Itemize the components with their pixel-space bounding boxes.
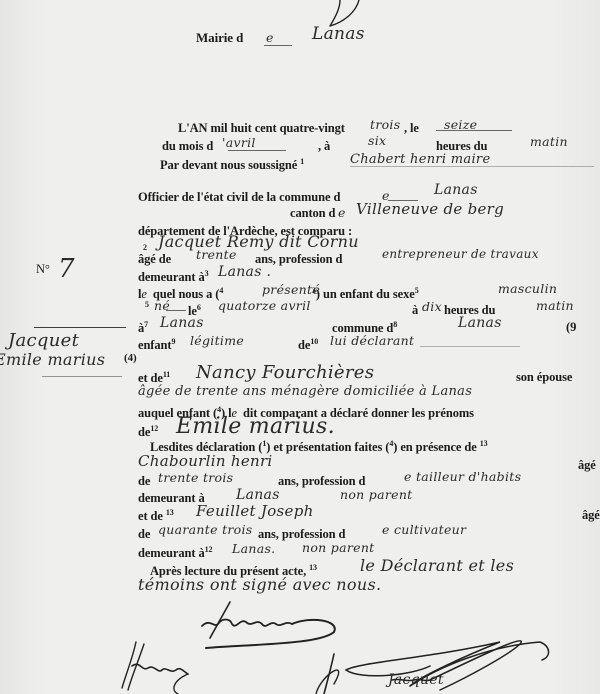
period-value: matin <box>530 134 568 149</box>
fill-line <box>436 130 512 131</box>
birth-period-value: matin <box>536 298 574 313</box>
sexe-printed: 3) un enfant du sexe5 <box>312 286 419 302</box>
fill-line <box>264 45 292 46</box>
mairie-suffix: e <box>266 30 274 45</box>
witness2-residence-printed: demeurant à12 <box>138 545 212 561</box>
witness2-residence: Lanas. <box>232 541 275 556</box>
line-year-printed: L'AN mil huit cent quatre-vingt <box>178 121 345 136</box>
margin-given-names: Emile marius <box>0 350 105 369</box>
fill-line <box>166 310 186 311</box>
witness1-profession: e tailleur d'habits <box>404 469 521 484</box>
declarant-profession: entrepreneur de travaux <box>382 247 539 261</box>
act-number-value: 7 <box>58 254 75 284</box>
witness2-profession: e cultivateur <box>382 522 466 537</box>
civil-record-page: Mairie d e Lanas L'AN mil huit cent quat… <box>0 0 600 694</box>
witness1-name: Chabourlin henri <box>138 452 273 470</box>
margin-note-mark: (4) <box>124 352 137 364</box>
paren-printed: (9 <box>566 320 576 335</box>
line-year-printed2: , le <box>404 121 419 136</box>
hour-value: six <box>368 133 386 148</box>
legitimacy-value: légitime <box>190 333 244 348</box>
witness2-age-printed: âgé <box>582 508 600 523</box>
margin-dash <box>42 376 122 377</box>
canton-suffix: e <box>338 205 346 220</box>
birth-place-value: Lanas <box>160 315 204 331</box>
prenoms-printed: de12 <box>138 424 158 440</box>
declarant-age: trente <box>196 247 237 262</box>
officier-printed: Officier de l'état civil de la commune d <box>138 190 340 205</box>
fill-line <box>228 150 286 151</box>
a-printed: à <box>412 303 418 318</box>
de-printed: de10 <box>298 337 318 353</box>
act-number-label: N° <box>36 262 50 277</box>
fill-line <box>350 166 594 167</box>
birth-place-printed: à7 <box>138 320 148 336</box>
signature-feuillet <box>118 640 208 694</box>
year-value: trois <box>370 117 400 132</box>
signature-jacquet-text: Jacquet <box>388 672 444 688</box>
commune-value: Lanas <box>434 182 478 198</box>
month-value: 'avril <box>222 135 256 150</box>
canton-value: Villeneuve de berg <box>356 200 504 218</box>
witness2-name: Feuillet Joseph <box>196 502 314 520</box>
age-printed: âgé de <box>138 252 171 267</box>
witness1-age-printed: âgé <box>578 458 596 473</box>
margin-rule <box>34 327 126 328</box>
mother-details: âgée de trente ans ménagère domiciliée à… <box>138 384 472 399</box>
month-printed: du mois d <box>162 139 213 154</box>
witness2-relation: non parent <box>302 540 375 555</box>
hour-printed: , à <box>318 139 330 154</box>
witness1-residence-printed: demeurant à <box>138 491 205 506</box>
officer-value: Chabert henri maire <box>350 152 490 167</box>
ne-sup: 5 <box>145 300 149 309</box>
soussigne-printed: Par devant nous soussigné 1 <box>160 157 304 173</box>
epouse-printed: son épouse <box>516 370 572 385</box>
witness2-age: quarante trois <box>158 522 253 537</box>
father-value: lui déclarant <box>330 333 414 348</box>
canton-printed: canton d <box>290 206 335 221</box>
mairie-commune: Lanas <box>312 24 365 44</box>
witness1-relation: non parent <box>340 487 413 502</box>
mother-name: Nancy Fourchières <box>196 362 374 383</box>
witness2-de-printed: de <box>138 527 150 542</box>
declarant-sup: 2 <box>143 243 147 252</box>
fill-line <box>420 346 520 347</box>
birth-commune-value: Lanas <box>458 315 502 331</box>
signature-jacquet <box>290 636 600 694</box>
birth-date-value: quatorze avril <box>218 298 311 313</box>
witness1-residence: Lanas <box>236 487 280 503</box>
declarant-value: Jacquet Remy dit Cornu <box>158 232 359 251</box>
closing-text: le Déclarant et les <box>360 556 514 575</box>
closing-text-2: témoins ont signé avec nous. <box>138 575 381 594</box>
sex-value: masculin <box>498 281 557 296</box>
declarant-residence: Lanas . <box>218 264 271 280</box>
witness1-age: trente trois <box>158 470 233 485</box>
child-names: Emile marius. <box>176 414 335 439</box>
margin-surname: Jacquet <box>8 330 79 351</box>
demeurant-printed: demeurant à3 <box>138 269 209 285</box>
enfant-presente-printed: le quel nous a (4 <box>138 286 223 302</box>
birth-hour-value: dix <box>422 299 442 314</box>
witness1-de-printed: de <box>138 474 150 489</box>
mairie-label: Mairie d <box>196 30 243 46</box>
enfant-printed: enfant9 <box>138 337 175 353</box>
